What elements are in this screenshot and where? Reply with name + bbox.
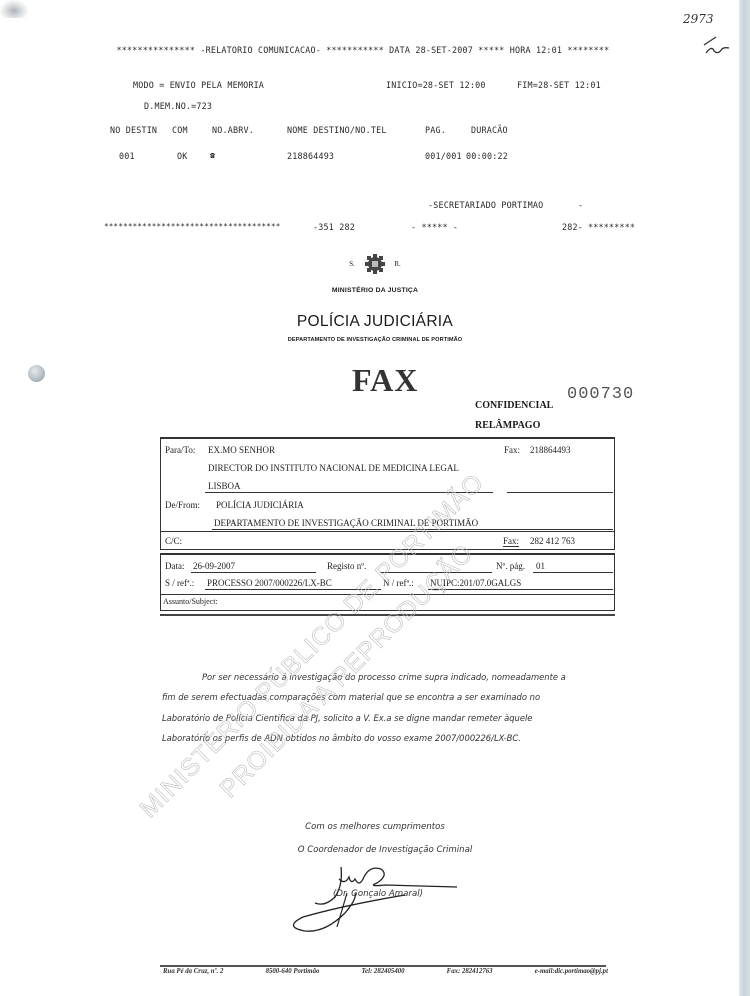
emblem-right-letter: R. <box>394 260 400 268</box>
signer-name: (Dr. Gonçalo Amaral) <box>333 889 423 899</box>
report-footer-number-left: -351 282 <box>313 222 355 232</box>
report-phone: 218864493 <box>287 151 334 161</box>
report-memory-no: D.MEM.NO.=723 <box>144 101 212 111</box>
letter-footer: Rua Pé da Cruz, nº. 2 8500-640 Portimão … <box>163 968 608 975</box>
ministry-name: MINISTÉRIO DA JUSTIÇA <box>0 287 750 294</box>
report-end: FIM=28-SET 12:01 <box>517 80 601 90</box>
footer-postal: 8500-640 Portimão <box>266 968 320 975</box>
report-pages: 001/001 <box>425 151 462 161</box>
emblem-left-letter: S. <box>349 260 355 268</box>
date-label: Data: <box>165 561 185 571</box>
fax-number: 000730 <box>567 385 634 404</box>
organization-name: POLÍCIA JUDICIÁRIA <box>0 313 750 331</box>
page-value: 01 <box>536 561 545 571</box>
page-underline <box>533 572 613 573</box>
our-ref-underline <box>428 589 613 590</box>
cc-divider <box>160 531 615 532</box>
report-header: *************** -RELATORIO COMUNICACAO- … <box>106 35 609 55</box>
body-line-2: fim de serem efectuadas comparações com … <box>162 687 617 707</box>
their-ref-value: PROCESSO 2007/000226/LX-BC <box>207 578 332 588</box>
handwritten-initials-icon <box>700 35 732 57</box>
report-footer-stars-right: ********* <box>588 222 635 232</box>
report-footer-stars-mid: - ***** - <box>411 222 458 232</box>
report-destination-no: 001 <box>119 151 135 161</box>
subject-label: Assunto/Subject: <box>163 597 218 606</box>
report-col-abrv: NO.ABRV. <box>212 125 254 135</box>
date-value: 26-09-2007 <box>193 561 235 571</box>
from-fax-number: 282 412 763 <box>530 536 575 546</box>
report-col-com: COM <box>172 125 188 135</box>
report-col-pages: PAG. <box>425 125 446 135</box>
report-start: INICIO=28-SET 12:00 <box>386 80 486 90</box>
report-sender-dash: - <box>578 200 583 210</box>
to-line-3: LISBOA <box>208 481 241 491</box>
footer-tel: Tel: 282405400 <box>362 968 405 975</box>
report-status: OK <box>177 151 187 161</box>
to-line-1: EX.MO SENHOR <box>208 445 275 455</box>
page-label: Nº. pág. <box>496 561 525 571</box>
scan-smudge <box>0 0 28 18</box>
handwritten-page-number: 2973 <box>683 12 714 26</box>
report-col-destin: NO DESTIN <box>110 125 157 135</box>
subject-divider <box>160 594 615 595</box>
footer-email: e-mail:dic.portimao@pj.pt <box>535 968 608 975</box>
fax-title: FAX <box>352 362 418 399</box>
report-sender-id: -SECRETARIADO PORTIMAO <box>428 200 543 210</box>
footer-address: Rua Pé da Cruz, nº. 2 <box>163 968 223 975</box>
from-line-1: POLÍCIA JUDICIÁRIA <box>216 500 304 510</box>
report-footer-number-right: 282- <box>562 222 583 232</box>
body-line-1: Por ser necessário á investigação do pro… <box>162 667 617 687</box>
from-fax-label: Fax: <box>503 536 519 547</box>
report-col-name: NOME DESTINO/NO.TEL <box>287 125 387 135</box>
coat-of-arms-icon <box>363 254 387 274</box>
to-line-2: DIRECTOR DO INSTITUTO NACIONAL DE MEDICI… <box>208 463 459 473</box>
registry-label: Registo nº. <box>327 561 366 571</box>
classification-label: CONFIDENCIAL <box>475 400 553 411</box>
report-footer-stars-left: ************************************* <box>104 222 281 231</box>
from-label: De/From: <box>165 500 200 510</box>
cc-label: C/C: <box>165 536 182 546</box>
department-name: DEPARTAMENTO DE INVESTIGAÇÃO CRIMINAL DE… <box>0 337 750 343</box>
to-fax-number: 218864493 <box>530 445 571 455</box>
their-ref-label: S / refª.: <box>165 578 194 588</box>
letterhead-emblem-row: S. R. <box>0 254 750 274</box>
date-underline <box>191 572 316 573</box>
punch-hole <box>28 365 45 382</box>
to-fax-label: Fax: <box>504 445 520 455</box>
report-col-duration: DURACÃO <box>471 125 508 135</box>
signer-role: O Coordenador de Investigação Criminal <box>0 845 750 855</box>
report-duration: 00:00:22 <box>466 151 508 161</box>
footer-rule <box>160 965 606 967</box>
to-underline-right <box>507 492 613 493</box>
closing-salutation: Com os melhores cumprimentos <box>0 822 750 832</box>
report-mode: MODO = ENVIO PELA MEMORIA <box>133 80 264 90</box>
priority-label: RELÂMPAGO <box>475 420 540 431</box>
footer-fax: Fax: 282412763 <box>447 968 493 975</box>
phone-icon: ☎ <box>210 150 215 160</box>
to-label: Para/To: <box>165 445 195 455</box>
